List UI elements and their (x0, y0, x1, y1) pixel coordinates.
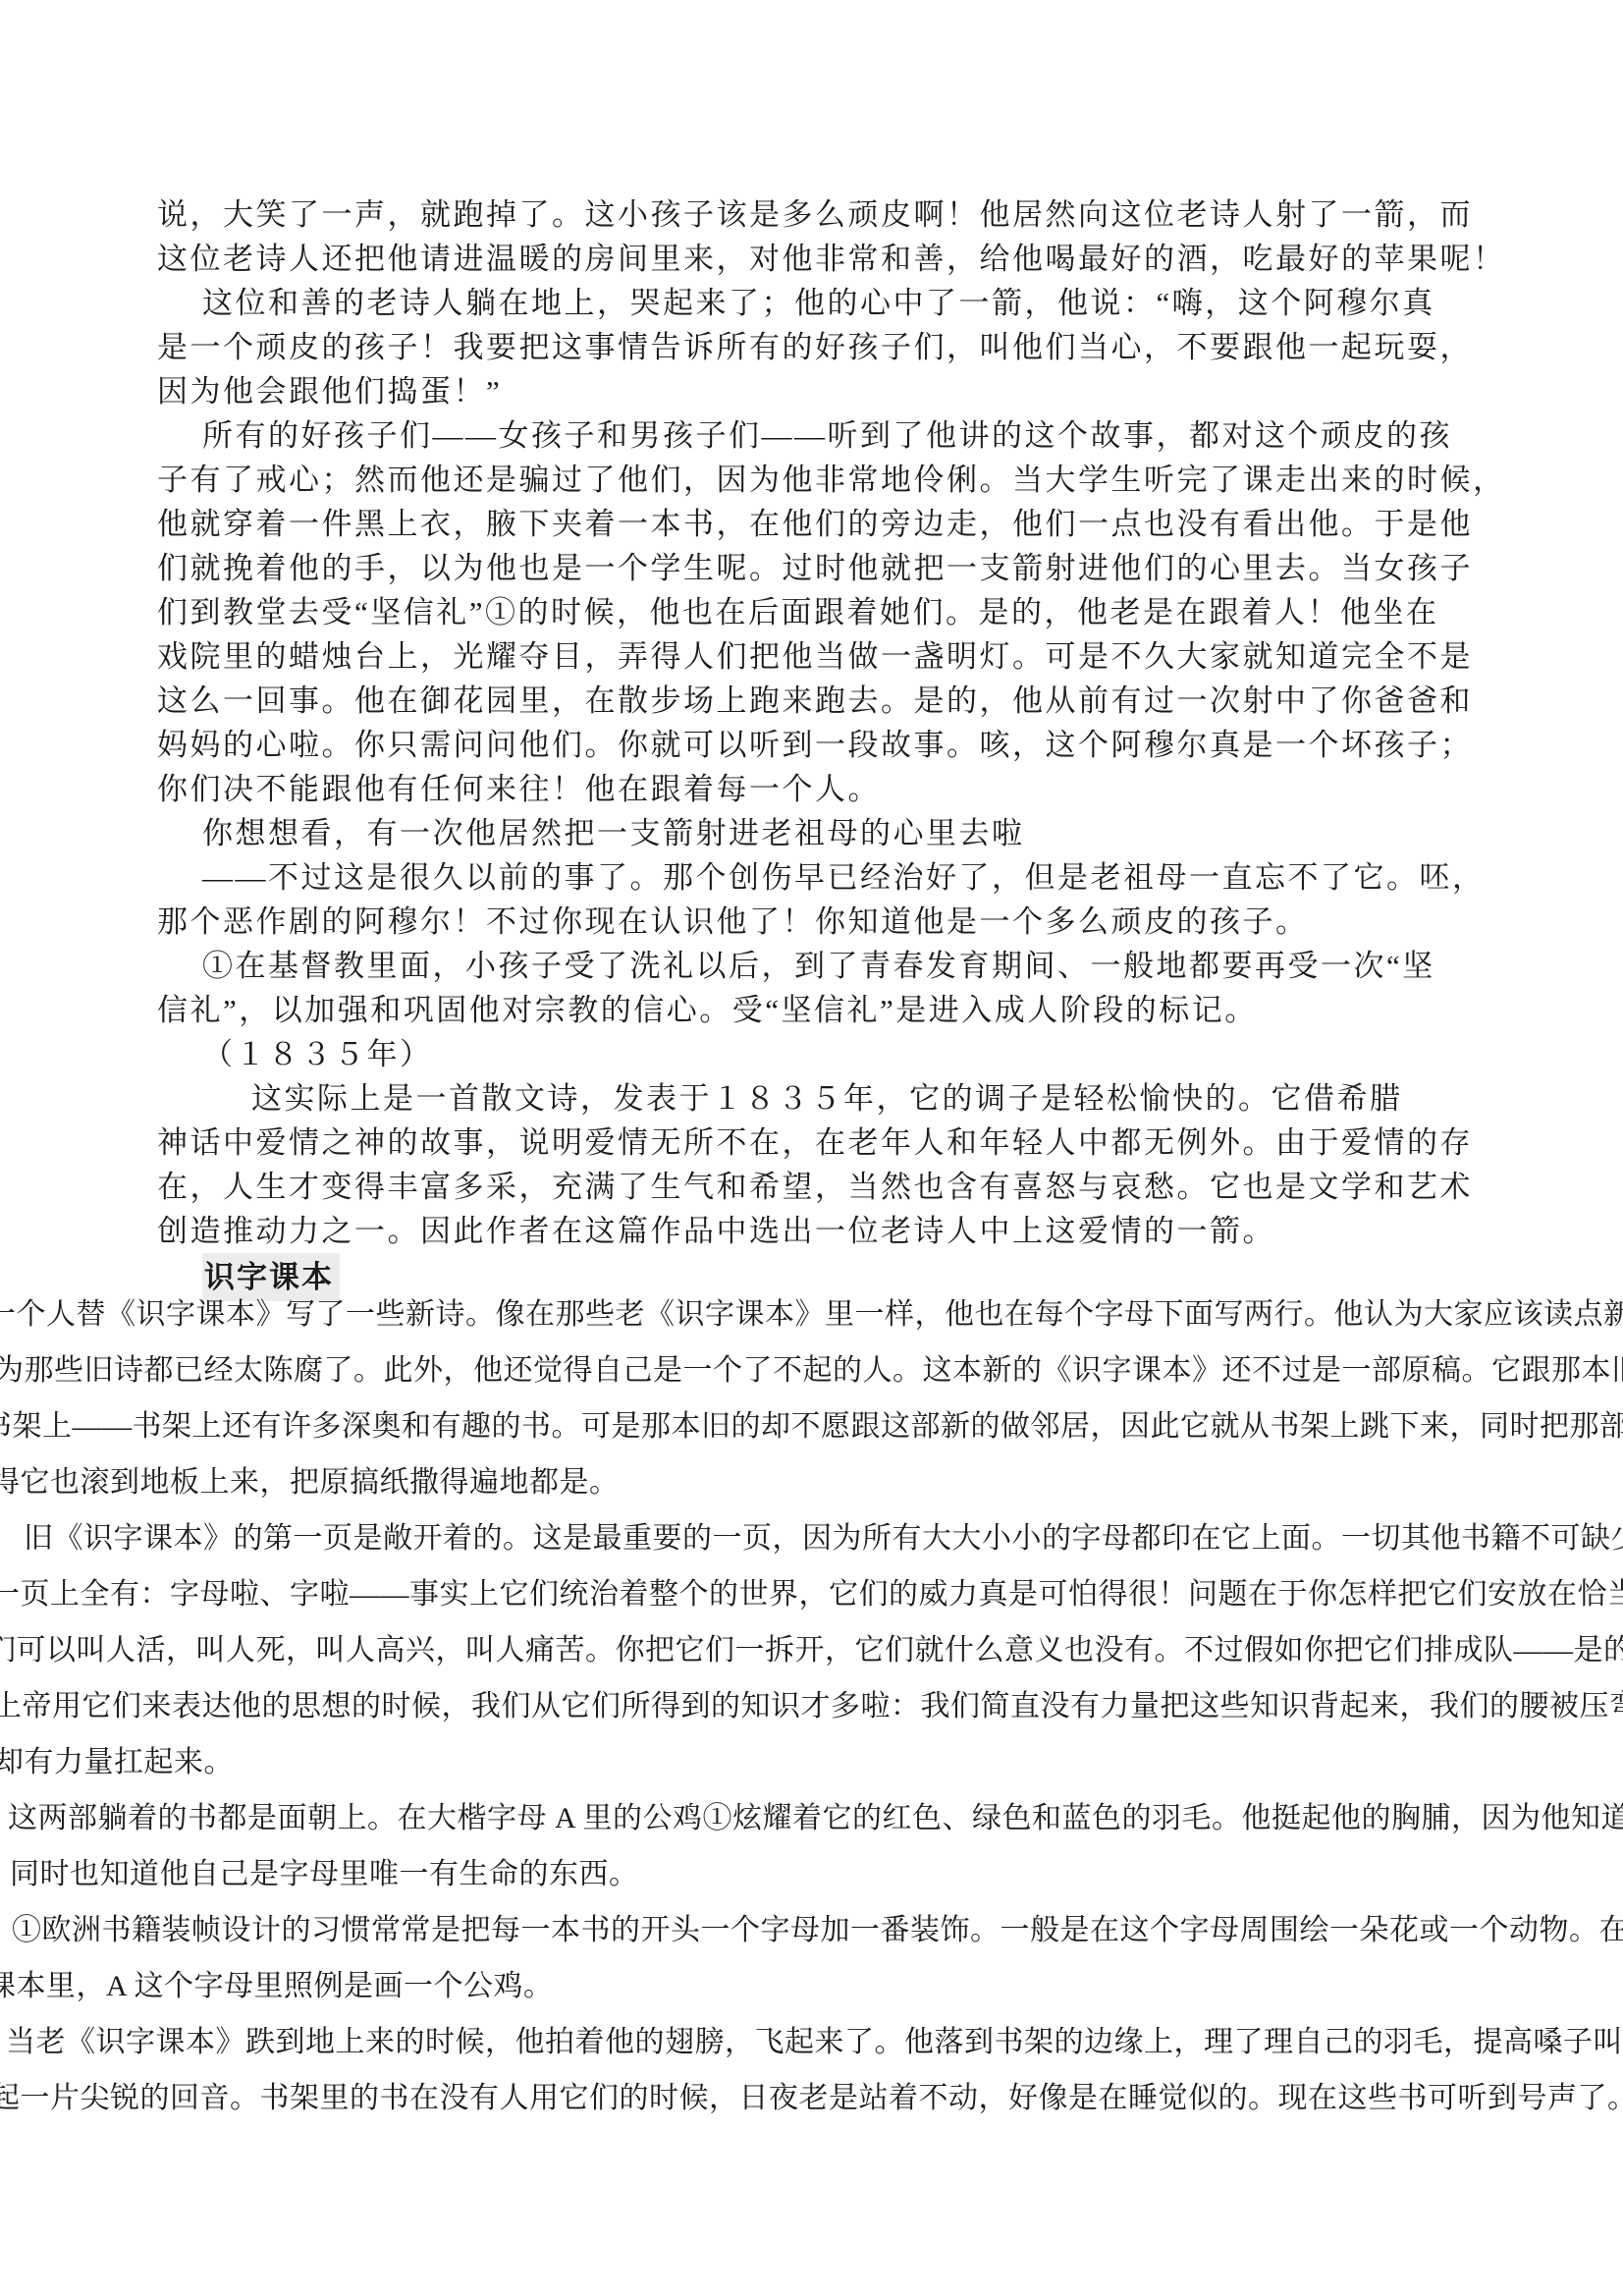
commentary-line: 创造推动力之一。因此作者在这篇作品中选出一位老诗人中上这爱情的一箭。 (157, 1209, 1551, 1253)
text-line: 说，大笑了一声，就跑掉了。这小孩子该是多么顽皮啊！他居然向这位老诗人射了一箭，而 (157, 192, 1551, 237)
text-line: 所有的好孩子们——女孩子和男孩子们——听到了他讲的这个故事，都对这个顽皮的孩 (157, 413, 1551, 458)
story-naughty-boy-text-block: 说，大笑了一声，就跑掉了。这小孩子该是多么顽皮啊！他居然向这位老诗人射了一箭，而… (157, 192, 1551, 1297)
text-line: 们就挽着他的手，以为他也是一个学生呢。过时他就把一支箭射进他们的心里去。当女孩子 (157, 546, 1551, 590)
footnote-line: 信礼”，以加强和巩固他对宗教的信心。受“坚信礼”是进入成人阶段的标记。 (157, 988, 1551, 1032)
text-line: 因为他会跟他们捣蛋！” (157, 369, 1551, 413)
text-line: ——不过这是很久以前的事了。那个创伤早已经治好了，但是老祖母一直忘不了它。呸， (157, 855, 1551, 900)
text-line: 书架上——书架上还有许多深奥和有趣的书。可是那本旧的却不愿跟这部新的做邻居，因此… (0, 1398, 1623, 1454)
text-line: 起一片尖锐的回音。书架里的书在没有人用它们的时候，日夜老是站着不动，好像是在睡觉… (0, 2070, 1623, 2126)
text-line: 同时也知道他自己是字母里唯一有生命的东西。 (10, 1846, 1623, 1902)
text-line: 这位和善的老诗人躺在地上，哭起来了；他的心中了一箭，他说：“嗨，这个阿穆尔真 (157, 281, 1551, 325)
text-line: 是一个顽皮的孩子！我要把这事情告诉所有的好孩子们，叫他们当心，不要跟他一起玩耍， (157, 325, 1551, 369)
text-line: 你想想看，有一次他居然把一支箭射进老祖母的心里去啦 (157, 811, 1551, 855)
text-line: 他就穿着一件黑上衣，腋下夹着一本书，在他们的旁边走，他们一点也没有看出他。于是他 (157, 502, 1551, 546)
year-line: （１８３５年） (157, 1032, 1551, 1076)
text-line: 妈妈的心啦。你只需问问他们。你就可以听到一段故事。咳，这个阿穆尔真是一个坏孩子； (157, 723, 1551, 767)
footnote-line: ①在基督教里面，小孩子受了洗礼以后，到了青春发育期间、一般地都要再受一次“坚 (157, 944, 1551, 988)
text-line: 旧《识字课本》的第一页是敞开着的。这是最重要的一页，因为所有大大小小的字母都印在… (24, 1510, 1623, 1566)
footnote-line: 课本里，A 这个字母里照例是画一个公鸡。 (0, 1958, 1623, 2014)
text-line: 们可以叫人活，叫人死，叫人高兴，叫人痛苦。你把它们一拆开，它们就什么意义也没有。… (0, 1622, 1623, 1678)
text-line: 得它也滚到地板上来，把原搞纸撒得遍地都是。 (0, 1454, 1623, 1510)
text-line: 一页上全有：字母啦、字啦——事实上它们统治着整个的世界，它们的威力真是可怕得很！… (0, 1566, 1623, 1622)
text-line: 却有力量扛起来。 (0, 1734, 1623, 1790)
text-line: 上帝用它们来表达他的思想的时候，我们从它们所得到的知识才多啦：我们简直没有力量把… (0, 1678, 1623, 1734)
commentary-line: 在，人生才变得丰富多采，充满了生气和希望，当然也含有喜怒与哀愁。它也是文学和艺术 (157, 1165, 1551, 1209)
text-line: 一个人替《识字课本》写了一些新诗。像在那些老《识字课本》里一样，他也在每个字母下… (0, 1286, 1623, 1342)
text-line: 戏院里的蜡烛台上，光耀夺目，弄得人们把他当做一盏明灯。可是不久大家就知道完全不是 (157, 634, 1551, 679)
text-line: 子有了戒心；然而他还是骗过了他们，因为他非常地伶俐。当大学生听完了课走出来的时候… (157, 458, 1551, 502)
document-page: { "page": { "background": "#ffffff", "te… (0, 0, 1623, 2296)
commentary-line: 这实际上是一首散文诗，发表于１８３５年，它的调子是轻松愉快的。它借希腊 (157, 1076, 1551, 1121)
text-line: 这两部躺着的书都是面朝上。在大楷字母 A 里的公鸡①炫耀着它的红色、绿色和蓝色的… (8, 1790, 1623, 1846)
text-line: 这位老诗人还把他请进温暖的房间里来，对他非常和善，给他喝最好的酒，吃最好的苹果呢… (157, 237, 1551, 281)
footnote-line: ①欧洲书籍装帧设计的习惯常常是把每一本书的开头一个字母加一番装饰。一般是在这个字… (12, 1902, 1623, 1958)
text-line: 这么一回事。他在御花园里，在散步场上跑来跑去。是的，他从前有过一次射中了你爸爸和 (157, 679, 1551, 723)
commentary-line: 神话中爱情之神的故事，说明爱情无所不在，在老年人和年轻人中都无例外。由于爱情的存 (157, 1121, 1551, 1165)
text-line: 那个恶作剧的阿穆尔！不过你现在认识他了！你知道他是一个多么顽皮的孩子。 (157, 900, 1551, 944)
text-line: 们到教堂去受“坚信礼”①的时候，他也在后面跟着她们。是的，他老是在跟着人！他坐在 (157, 590, 1551, 634)
text-line: 当老《识字课本》跌到地上来的时候，他拍着他的翅膀，飞起来了。他落到书架的边缘上，… (6, 2014, 1623, 2070)
text-line: 你们决不能跟他有任何来往！他在跟着每一个人。 (157, 767, 1551, 811)
story-abc-book-text-block: 一个人替《识字课本》写了一些新诗。像在那些老《识字课本》里一样，他也在每个字母下… (0, 1286, 1623, 2126)
text-line: 为那些旧诗都已经太陈腐了。此外，他还觉得自己是一个了不起的人。这本新的《识字课本… (0, 1342, 1623, 1398)
